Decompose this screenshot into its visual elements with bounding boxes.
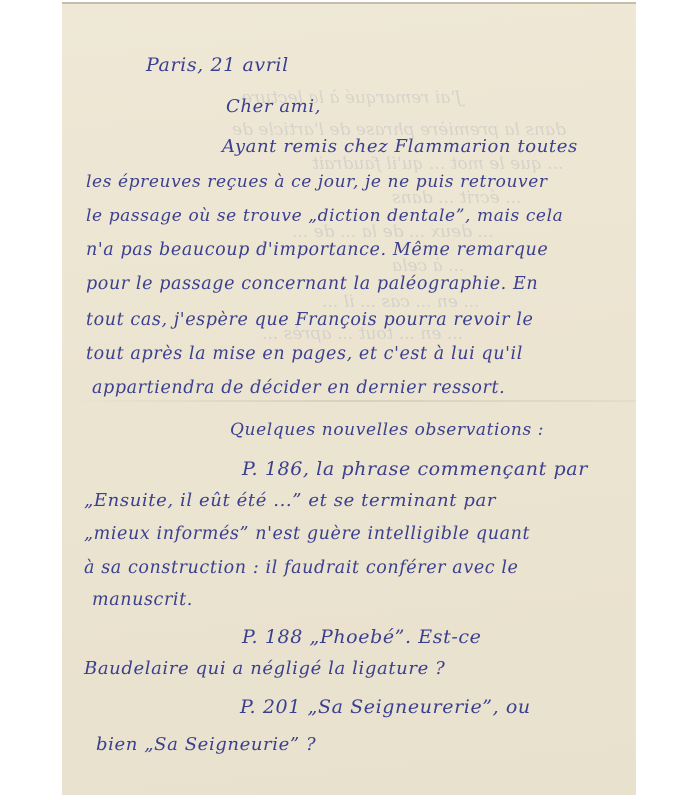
letter-line: pour le passage concernant la paléograph… <box>86 274 538 294</box>
letter-line: tout après la mise en pages, et c'est à … <box>86 344 523 364</box>
letter-line: tout cas, j'espère que François pourra r… <box>86 310 533 330</box>
show-through-line: ... que le mot ... qu'il faudrait <box>312 154 564 174</box>
letter-line: manuscrit. <box>92 590 193 610</box>
letter-line: Baudelaire qui a négligé la ligature ? <box>84 658 445 679</box>
letter-line: P. 188 „Phoebé”. Est-ce <box>242 626 481 648</box>
letter-line: „mieux informés” n'est guère intelligibl… <box>84 524 530 544</box>
show-through-line: ... en ... cas ... il ... <box>322 292 480 312</box>
paper-fold-line <box>62 400 636 402</box>
letter-line: appartiendra de décider en dernier resso… <box>92 378 505 398</box>
letter-line: les épreuves reçues à ce jour, je ne pui… <box>86 172 548 192</box>
letter-line: à sa construction : il faudrait conférer… <box>84 558 519 578</box>
place-date: Paris, 21 avril <box>146 54 289 76</box>
letter-line: le passage où se trouve „diction dentale… <box>86 206 563 226</box>
letter-line: P. 201 „Sa Seigneurerie”, ou <box>240 696 531 718</box>
letter-line: P. 186, la phrase commençant par <box>242 458 588 480</box>
letter-line: bien „Sa Seigneurie” ? <box>96 734 316 755</box>
letter-line: n'a pas beaucoup d'importance. Même rema… <box>86 240 548 260</box>
section-heading: Quelques nouvelles observations : <box>230 420 544 440</box>
salutation: Cher ami, <box>226 96 321 117</box>
letter-page: J'ai remarqué à la lecture dans la premi… <box>62 2 636 795</box>
letter-line: „Ensuite, il eût été ...” et se terminan… <box>84 490 496 511</box>
letter-line: Ayant remis chez Flammarion toutes <box>222 136 578 157</box>
